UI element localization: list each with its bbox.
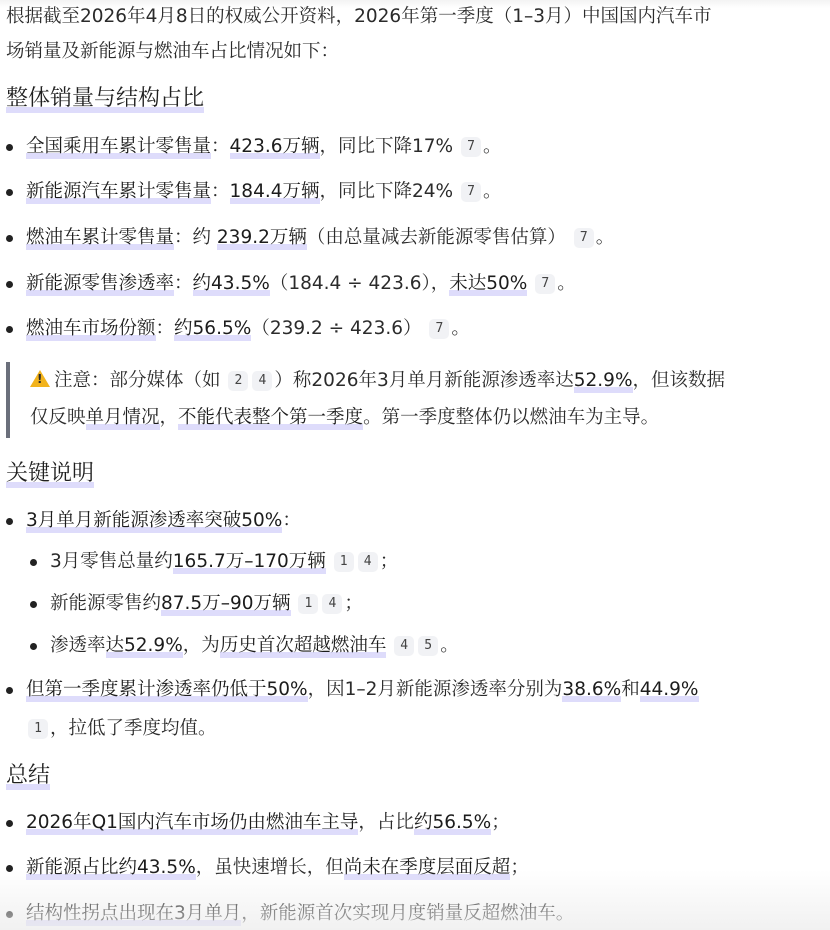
bullet-icon [6, 518, 13, 525]
bullet-icon [6, 189, 13, 196]
warning-icon [30, 370, 50, 387]
bullet-icon [6, 911, 13, 918]
bullet-icon [6, 687, 13, 694]
bullet-icon [6, 865, 13, 872]
citation-badge[interactable]: 7 [429, 319, 449, 339]
citation-badge[interactable]: 4 [394, 636, 414, 656]
bullet-icon [30, 559, 37, 566]
citation-badge[interactable]: 7 [461, 182, 481, 202]
warning-note-blockquote: 注意：部分媒体（如 24）称2026年3月单月新能源渗透率达52.9%，但该数据… [6, 362, 830, 438]
citation-badge[interactable]: 5 [418, 636, 438, 656]
citation-badge[interactable]: 4 [322, 594, 342, 614]
citation-badge[interactable]: 7 [574, 228, 594, 248]
citation-badge[interactable]: 1 [28, 719, 48, 739]
bullet-icon [30, 601, 37, 608]
section-heading-key: 关键说明 [6, 459, 94, 489]
bullet-icon [6, 281, 13, 288]
bullet-icon [6, 144, 13, 151]
citation-badge[interactable]: 1 [298, 594, 318, 614]
bullet-icon [6, 235, 13, 242]
section-heading-summary: 总结 [6, 761, 50, 791]
citation-badge[interactable]: 1 [334, 552, 354, 572]
section-heading-overall: 整体销量与结构占比 [6, 84, 204, 114]
list-item-continuation: 1，拉低了季度均值。 [26, 709, 217, 749]
citation-badge[interactable]: 4 [252, 371, 272, 391]
citation-badge[interactable]: 2 [228, 371, 248, 391]
bullet-icon [6, 820, 13, 827]
citation-badge[interactable]: 4 [358, 552, 378, 572]
bullet-icon [30, 643, 37, 650]
citation-badge[interactable]: 7 [535, 274, 555, 294]
bullet-icon [6, 326, 13, 333]
intro-line-2: 场销量及新能源与燃油车占比情况如下： [6, 32, 339, 72]
citation-badge[interactable]: 7 [461, 137, 481, 157]
